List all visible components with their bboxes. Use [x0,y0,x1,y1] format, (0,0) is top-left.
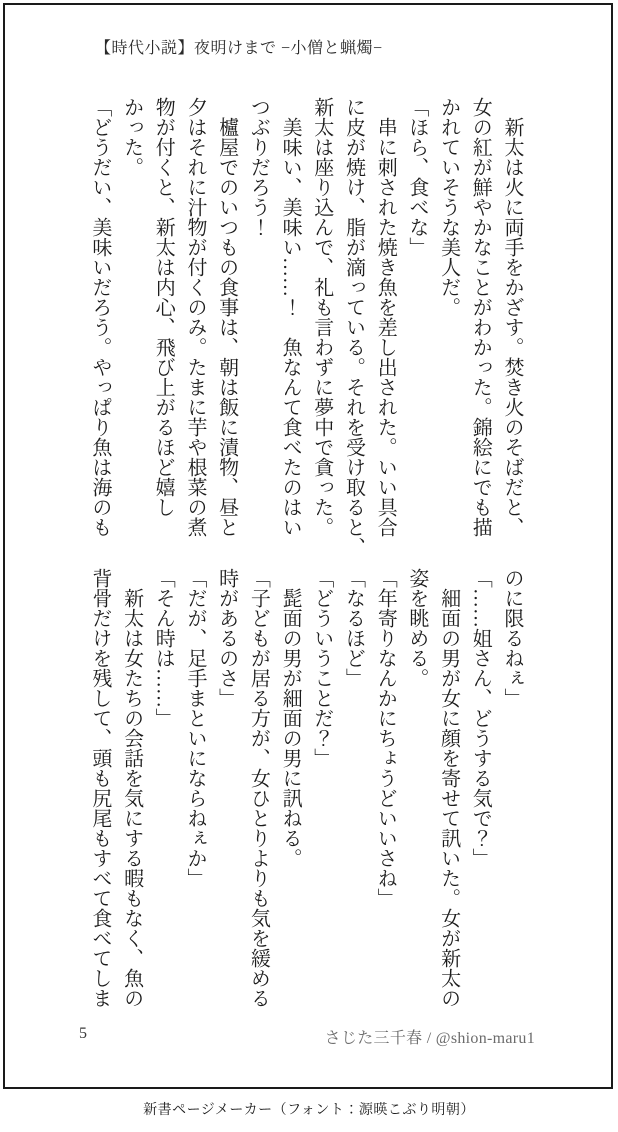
text-column: 「ほら、食べな」 [400,97,432,602]
text-column: かれていそうな美人だ。 [432,97,464,602]
text-column: 「そん時は……」 [147,568,179,1073]
text-column: かった。 [115,97,147,602]
text-column: 夕はそれに汁物が付くのみ。たまに芋や根菜の煮 [178,97,210,602]
author-credit: さじた三千春 / @shion-maru1 [325,1025,535,1048]
text-column: 櫨屋でのいつもの食事は、朝は飯に漬物、昼と [210,97,242,602]
text-column: 「だが、足手まといにならねぇか」 [178,568,210,1073]
text-column: 時があるのさ」 [210,568,242,1073]
lower-text-block: のに限るねぇ」「……姐さん、どうする気で？」 細面の男が女に顔を寄せて訊いた。女… [83,568,527,1073]
text-column: 「子どもが居る方が、女ひとりよりも気を緩める [242,568,274,1073]
upper-text-block: 新太は火に両手をかざす。焚き火のそばだと、女の紅が鮮やかなことがわかった。錦絵に… [83,97,527,602]
text-column: 「どういうことだ？」 [305,568,337,1073]
text-column: 「……姐さん、どうする気で？」 [464,568,496,1073]
generator-caption: 新書ページメーカー（フォント：源暎こぶり明朝） [0,1099,618,1119]
text-column: 背骨だけを残して、頭も尻尾もすべて食べてしま [83,568,115,1073]
text-column: のに限るねぇ」 [495,568,527,1073]
text-column: に皮が焼け、脂が滴っている。それを受け取ると、 [337,97,369,602]
screenshot-root: 【時代小説】夜明けまで −小僧と蝋燭− 新太は火に両手をかざす。焚き火のそばだと… [0,0,618,1132]
text-column: 新太は女たちの会話を気にする暇もなく、魚の [115,568,147,1073]
text-column: 串に刺された焼き魚を差し出された。いい具合 [368,97,400,602]
text-column: 「なるほど」 [337,568,369,1073]
text-column: 「年寄りなんかにちょうどいいさね」 [368,568,400,1073]
text-column: 新太は火に両手をかざす。焚き火のそばだと、 [495,97,527,602]
text-column: 物が付くと、新太は内心、飛び上がるほど嬉し [147,97,179,602]
text-column: 姿を眺める。 [400,568,432,1073]
text-column: つぶりだろう！ [242,97,274,602]
text-column: 「どうだい、美味いだろう。やっぱり魚は海のも [83,97,115,602]
text-column: 美味い、美味い……！ 魚なんて食べたのはい [273,97,305,602]
text-column: 女の紅が鮮やかなことがわかった。錦絵にでも描 [464,97,496,602]
text-column: 髭面の男が細面の男に訊ねる。 [273,568,305,1073]
page-number: 5 [79,1025,87,1043]
running-title: 【時代小説】夜明けまで −小僧と蝋燭− [95,35,383,58]
novel-page: 【時代小説】夜明けまで −小僧と蝋燭− 新太は火に両手をかざす。焚き火のそばだと… [3,3,613,1089]
text-column: 新太は座り込んで、礼も言わずに夢中で貪った。 [305,97,337,602]
text-column: 細面の男が女に顔を寄せて訊いた。女が新太の [432,568,464,1073]
